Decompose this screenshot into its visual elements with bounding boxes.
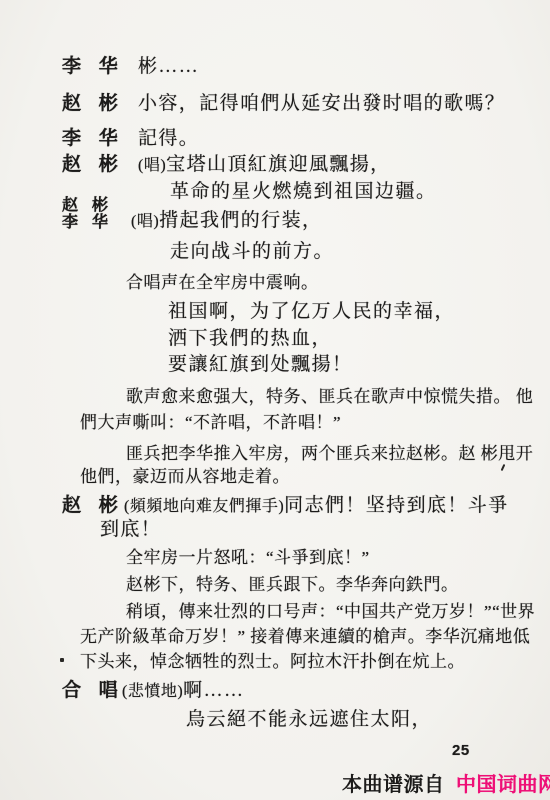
stage-direction: 无产阶級革命万岁！” 接着傳来連續的槍声。李华沉痛地低	[80, 626, 530, 647]
stage-direction: 匪兵把李华推入牢房，两个匪兵来拉赵彬。赵 彬甩开	[126, 443, 533, 464]
dialogue-text: 記得。	[138, 127, 199, 150]
dialogue-sung-text: 揹起我們的行装，	[159, 210, 322, 231]
stage-direction: 下头来，悼念牺牲的烈士。阿拉木汗扑倒在炕上。	[80, 651, 465, 672]
speaker-label: 李 华	[62, 214, 108, 231]
speaker-label: 赵 彬	[62, 93, 118, 115]
stage-annotation: (頻頻地向难友們揮手)	[124, 498, 284, 515]
speaker-label: 李 华	[62, 128, 118, 150]
dialogue-text: (唱)宝塔山頂紅旗迎風飄揚，	[138, 153, 391, 177]
dialogue-text: 彬……	[138, 55, 199, 78]
page-number: 25	[452, 742, 470, 759]
speaker-label: 合 唱	[62, 680, 118, 702]
lyric-line: 祖国啊，为了亿万人民的幸福，	[168, 300, 455, 323]
lyric-line: 走向战斗的前方。	[170, 240, 334, 263]
stage-annotation: (悲憤地)	[122, 683, 183, 700]
dialogue-text: (唱)揹起我們的行装，	[131, 209, 322, 233]
dialogue-text: (悲憤地)啊……	[122, 679, 244, 703]
dialogue-spoken-text: 啊……	[183, 680, 244, 701]
speaker-label: 赵 彬	[62, 154, 118, 176]
scanned-script-page: 李 华 彬…… 赵 彬 小容，記得咱們从延安出發时唱的歌嗎？ 李 华 記得。 赵…	[0, 0, 550, 800]
stage-direction: 們大声嘶叫：“不許唱，不許唱！”	[80, 412, 341, 433]
lyric-line: 烏云絕不能永远遮住太阳，	[186, 708, 432, 731]
dialogue-spoken-text: 同志們！坚持到底！斗爭	[284, 495, 508, 516]
footer-source-label: 本曲谱源自	[342, 768, 445, 797]
stage-direction: 他們，豪迈而从容地走着。	[80, 466, 290, 487]
dialogue-text: 到底！	[100, 518, 161, 541]
stage-direction: 全牢房一片怒吼：“斗爭到底！”	[126, 547, 370, 568]
dialogue-text: (頻頻地向难友們揮手)同志們！坚持到底！斗爭	[124, 494, 509, 518]
stage-annotation: (唱)	[131, 213, 159, 230]
stage-direction: 歌声愈来愈强大，特务、匪兵在歌声中惊慌失措。 他	[126, 386, 533, 407]
scan-speck	[501, 464, 506, 471]
stage-direction: 合唱声在全牢房中震响。	[126, 272, 319, 293]
stage-direction: 赵彬下，特务、匪兵跟下。李华奔向鉄門。	[126, 574, 459, 595]
lyric-line: 革命的星火燃燒到祖国边疆。	[170, 180, 437, 203]
dialogue-text: 小容，記得咱們从延安出發时唱的歌嗎？	[138, 92, 505, 115]
footer-brand: 中国词曲网	[456, 768, 550, 797]
dialogue-sung-text: 宝塔山頂紅旗迎風飄揚，	[166, 154, 390, 175]
speaker-label: 李 华	[62, 56, 118, 78]
lyric-line: 洒下我們的热血，	[168, 327, 332, 350]
stage-annotation: (唱)	[138, 157, 166, 174]
speaker-label: 赵 彬	[62, 495, 118, 517]
lyric-line: 要讓紅旗到处飄揚！	[168, 353, 353, 376]
scan-speck	[60, 658, 64, 662]
speaker-label: 赵 彬	[62, 197, 108, 214]
stage-direction: 稍頃，傳来壮烈的口号声：“中国共产党万岁！”“世界	[126, 601, 535, 622]
